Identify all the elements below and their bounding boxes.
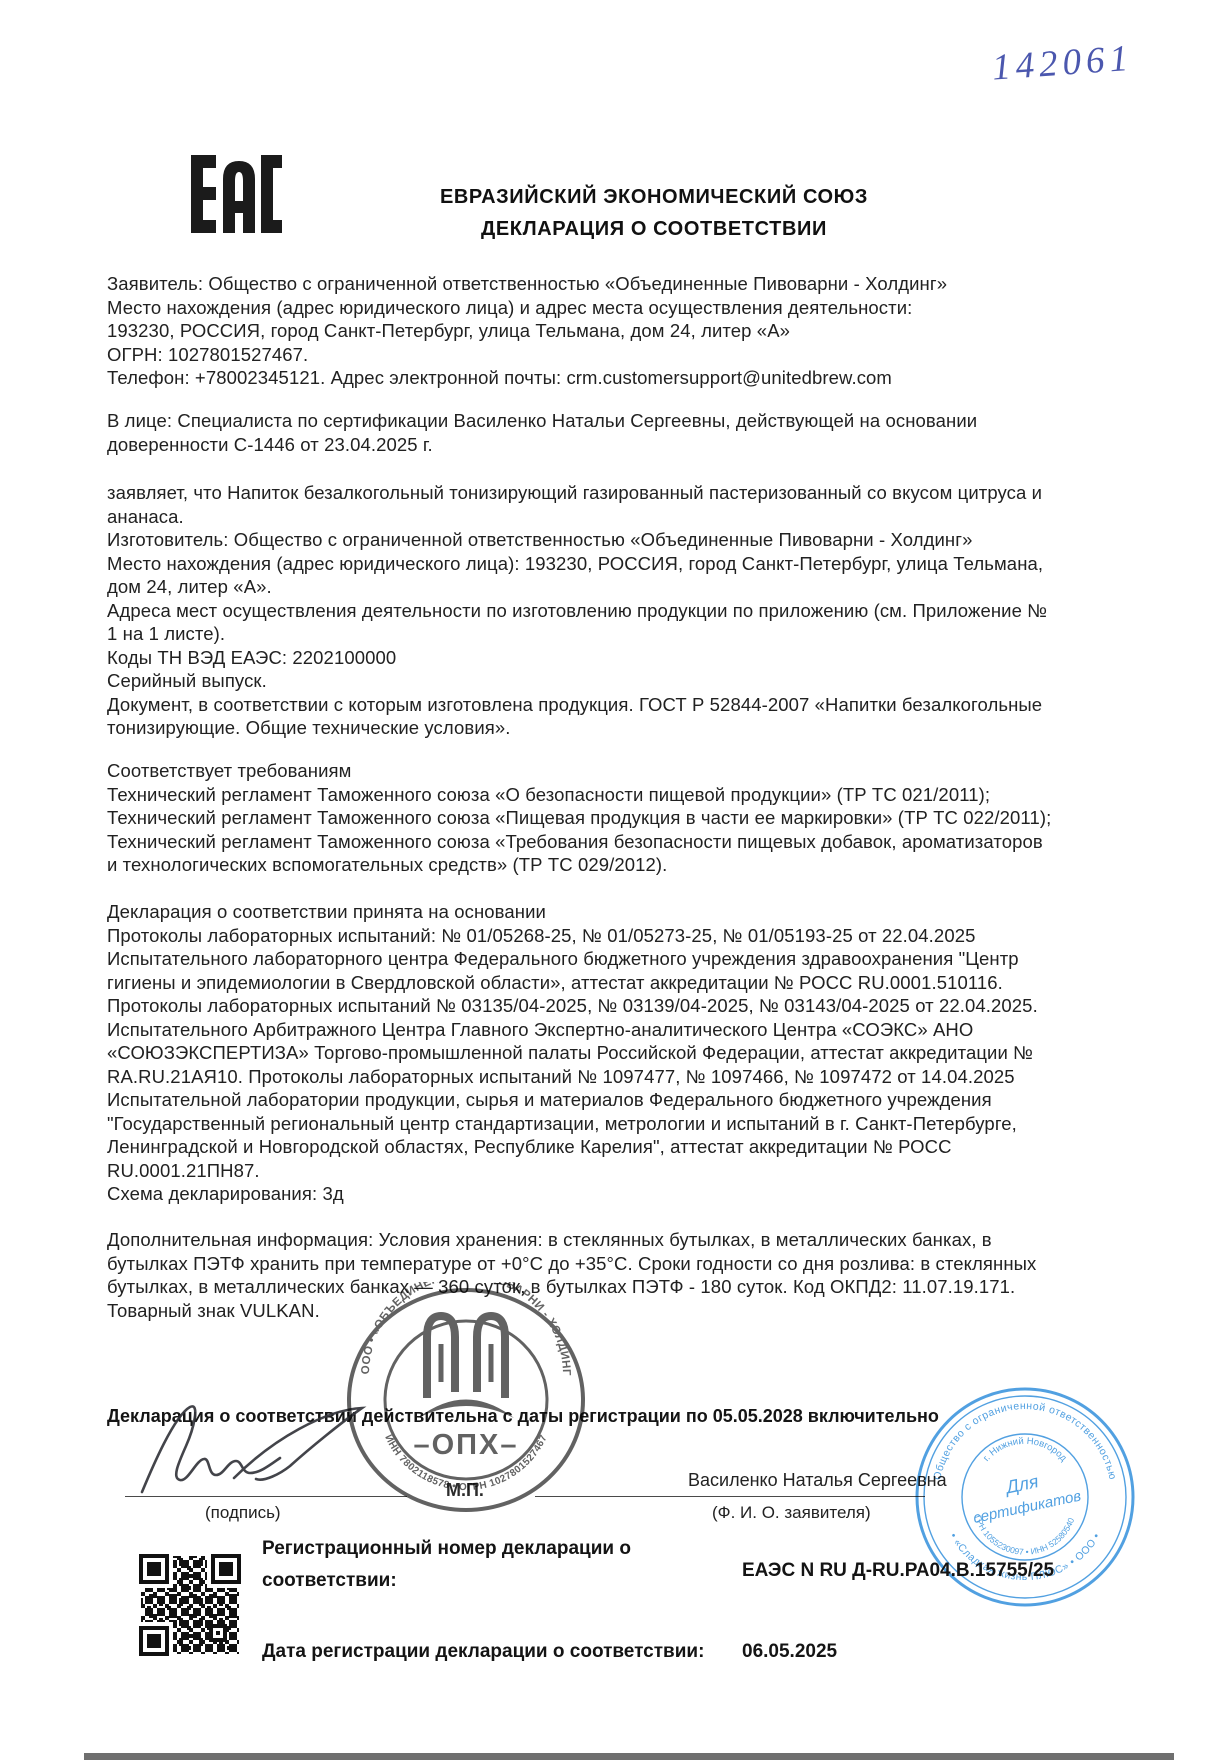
representative-paragraph: В лице: Специалиста по сертификации Васи… <box>107 409 977 456</box>
basis-paragraph: Декларация о соответствии принята на осн… <box>107 900 1038 1206</box>
compliance-paragraph: Соответствует требованиямТехнический рег… <box>107 759 1051 877</box>
document-title: ЕВРАЗИЙСКИЙ ЭКОНОМИЧЕСКИЙ СОЮЗ ДЕКЛАРАЦИ… <box>300 181 1008 245</box>
svg-text:г. Нижний Новгород: г. Нижний Новгород <box>981 1436 1069 1464</box>
eac-mark-icon <box>191 155 282 233</box>
applicant-paragraph: Заявитель: Общество с ограниченной ответ… <box>107 272 947 390</box>
signature-caption: (подпись) <box>205 1503 281 1523</box>
applicant-name: Василенко Наталья Сергеевна <box>688 1470 947 1491</box>
title-line-1: ЕВРАЗИЙСКИЙ ЭКОНОМИЧЕСКИЙ СОЮЗ <box>300 181 1008 213</box>
registration-date-label: Дата регистрации декларации о соответств… <box>262 1641 704 1663</box>
registration-number-value: ЕАЭС N RU Д-RU.РА04.В.15755/25 <box>742 1560 1054 1582</box>
black-stamp-center-text: –ОПХ– <box>413 1429 518 1461</box>
declaration-document-page: 142061 ЕВРАЗИЙСКИЙ ЭКОНОМИЧЕСКИЙ СОЮЗ ДЕ… <box>0 0 1229 1764</box>
registration-number-label-line1: Регистрационный номер декларации о <box>262 1538 631 1560</box>
applicant-name-caption: (Ф. И. О. заявителя) <box>712 1503 871 1523</box>
title-line-2: ДЕКЛАРАЦИЯ О СООТВЕТСТВИИ <box>300 213 1008 245</box>
blue-stamp-inner-top-text: г. Нижний Новгород <box>981 1436 1069 1464</box>
qr-code <box>137 1552 243 1658</box>
scan-edge-artifact <box>84 1753 1174 1760</box>
handwritten-number: 142061 <box>991 33 1184 89</box>
black-stamp-emblem <box>427 1316 505 1398</box>
registration-number-label-line2: соответствии: <box>262 1570 397 1592</box>
blue-stamp-center-line1: Для <box>1002 1471 1040 1498</box>
company-round-stamp: • ООО • «ОБЪЕДИНЕННЫЕ ПИВОВАРНИ - ХОЛДИН… <box>336 1282 596 1522</box>
product-paragraph: заявляет, что Напиток безалкогольный тон… <box>107 481 1047 740</box>
registration-date-value: 06.05.2025 <box>742 1641 837 1663</box>
